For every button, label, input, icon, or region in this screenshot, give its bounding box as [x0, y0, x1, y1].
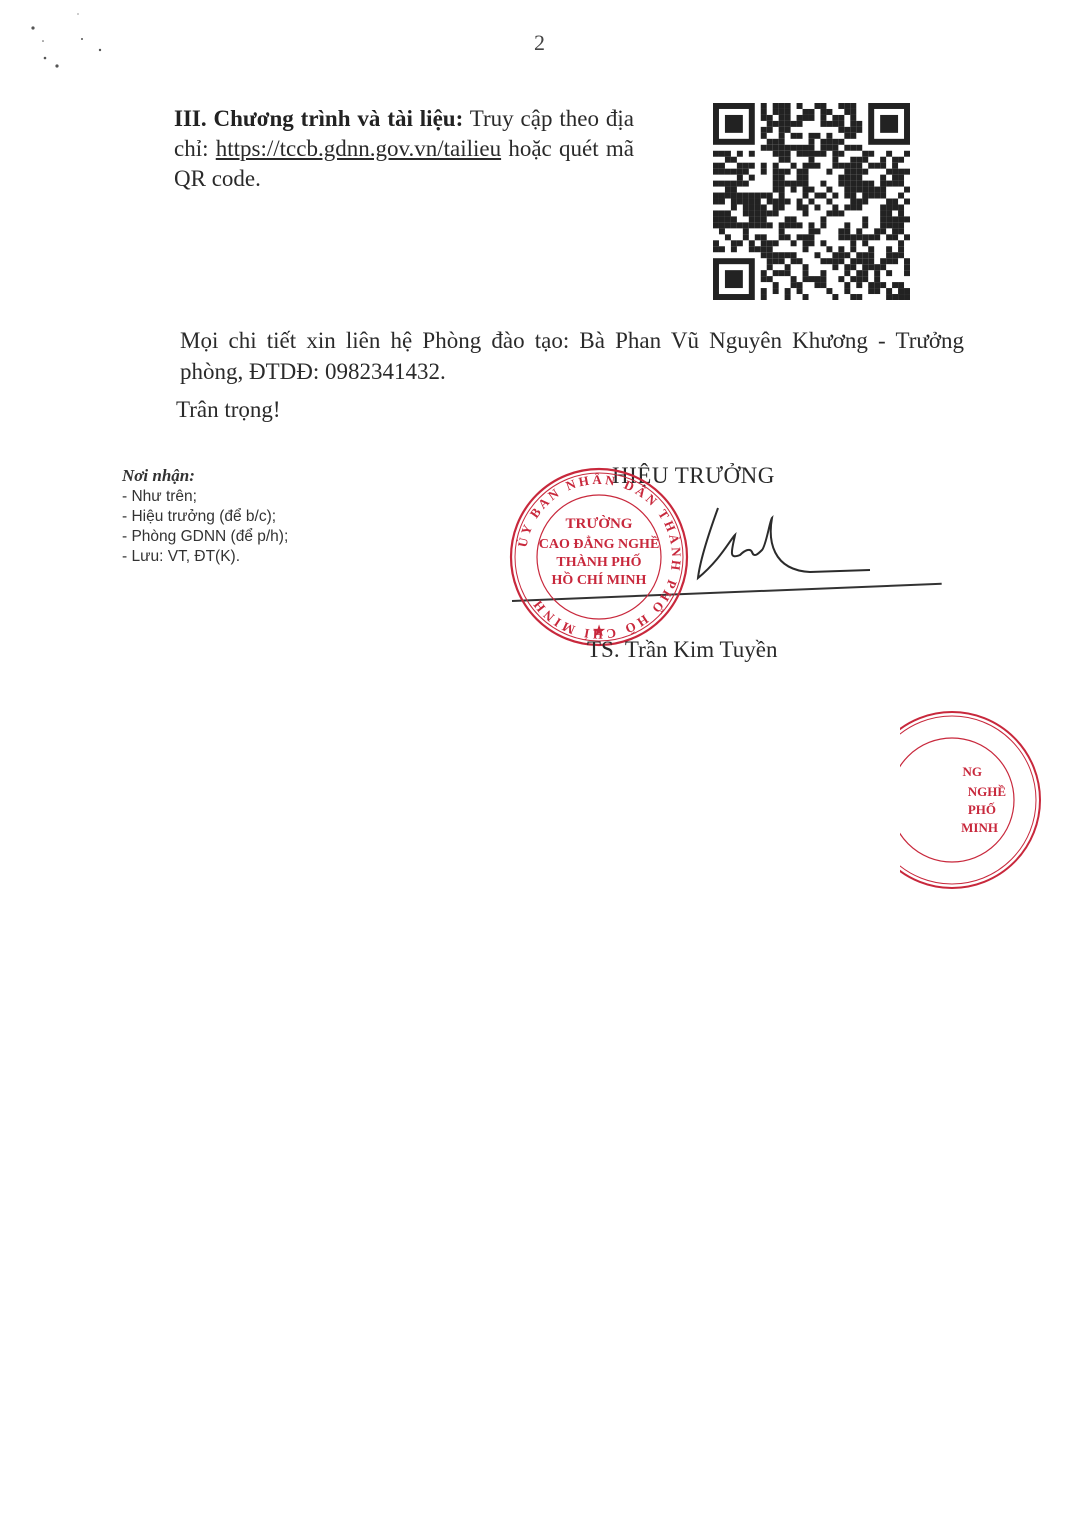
- signature-icon: [680, 500, 880, 590]
- recipient-item: - Lưu: VT, ĐT(K).: [122, 547, 288, 567]
- svg-text:HỒ CHÍ MINH: HỒ CHÍ MINH: [552, 570, 647, 588]
- svg-text:THÀNH PHỐ: THÀNH PHỐ: [556, 552, 641, 570]
- contact-text: Mọi chi tiết xin liên hệ Phòng đào tạo: …: [122, 325, 964, 387]
- svg-text:PHỐ: PHỐ: [968, 802, 996, 817]
- svg-text:MINH: MINH: [961, 820, 998, 835]
- signer-name: TS. Trần Kim Tuyền: [587, 637, 777, 663]
- recipient-item: - Phòng GDNN (để p/h);: [122, 527, 288, 547]
- partial-stamp-icon: NG NGHỀ PHỐ MINH: [900, 705, 1080, 895]
- closing-text: Trân trọng!: [176, 397, 281, 423]
- page-number: 2: [534, 30, 545, 56]
- svg-text:TRƯỜNG: TRƯỜNG: [566, 515, 633, 532]
- svg-text:NG: NG: [963, 764, 983, 779]
- materials-link[interactable]: https://tccb.gdnn.gov.vn/tailieu: [216, 136, 501, 161]
- section-program-materials: III. Chương trình và tài liệu: Truy cập …: [122, 104, 634, 194]
- section-heading: III. Chương trình và tài liệu:: [174, 106, 463, 131]
- recipients-title: Nơi nhận:: [122, 466, 288, 486]
- svg-text:NGHỀ: NGHỀ: [968, 784, 1006, 799]
- recipient-item: - Như trên;: [122, 487, 288, 507]
- contact-paragraph: Mọi chi tiết xin liên hệ Phòng đào tạo: …: [122, 325, 964, 387]
- svg-text:CAO ĐẲNG NGHỀ: CAO ĐẲNG NGHỀ: [539, 534, 660, 552]
- scan-specks: [0, 0, 120, 80]
- recipient-item: - Hiệu trưởng (để b/c);: [122, 507, 288, 527]
- recipients-block: Nơi nhận: - Như trên; - Hiệu trưởng (để …: [122, 466, 288, 567]
- qr-code-icon[interactable]: [713, 103, 910, 300]
- official-stamp-icon: ỦY BAN NHÂN DÂN THÀNH PHỐ HỒ CHÍ MINH TR…: [506, 464, 692, 650]
